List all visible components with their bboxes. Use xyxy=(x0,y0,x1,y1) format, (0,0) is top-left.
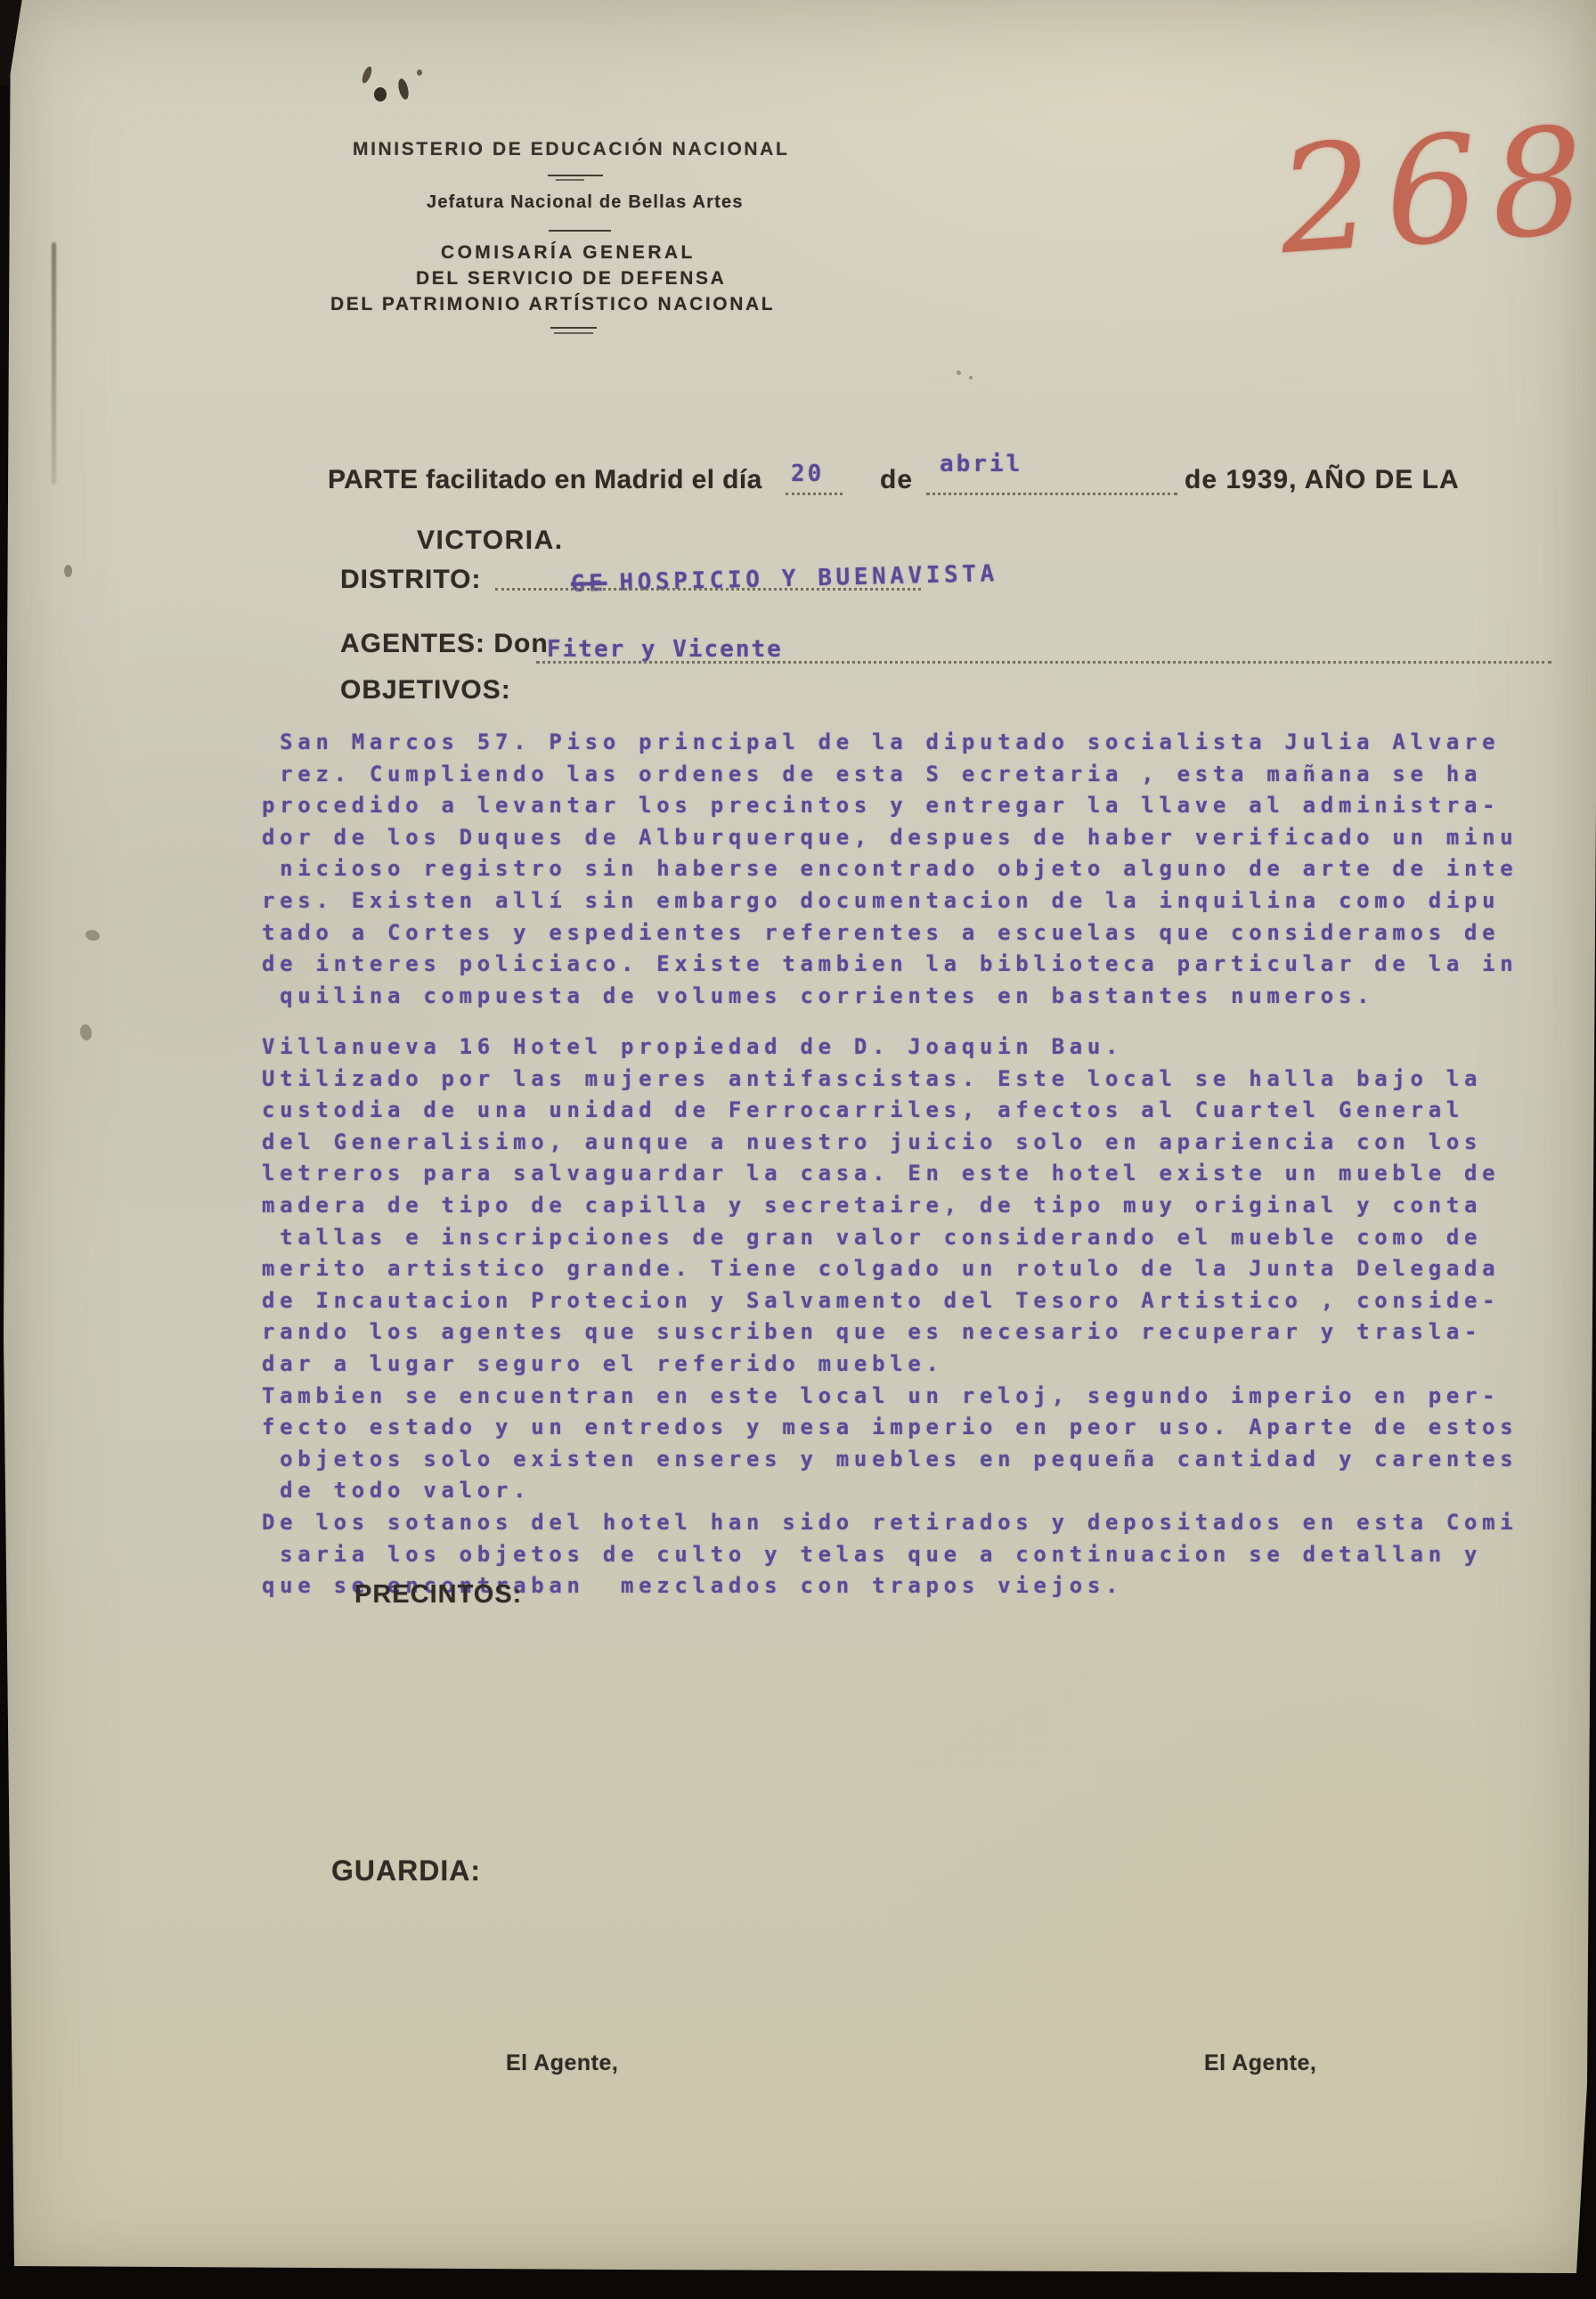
typed-line: res. Existen allí sin embargo documentac… xyxy=(262,885,1518,917)
de-label: de xyxy=(880,465,913,495)
typed-line: de interes policiaco. Existe tambien la … xyxy=(262,949,1518,981)
header-rule xyxy=(556,179,584,181)
comisaria-line1: COMISARÍA GENERAL xyxy=(441,242,696,264)
header-rule xyxy=(548,175,603,176)
typed-line: Utilizado por las mujeres antifascistas.… xyxy=(262,1064,1518,1096)
agentes-label: AGENTES: Don xyxy=(340,629,549,659)
document-page: 268 MINISTERIO DE EDUCACIÓN NACIONAL Jef… xyxy=(0,0,1596,2299)
distrito-label: DISTRITO: xyxy=(340,565,481,595)
typed-line: merito artistico grande. Tiene colgado u… xyxy=(262,1253,1518,1285)
stain-spot xyxy=(64,565,72,577)
typed-line: rez. Cumpliendo las ordenes de esta S ec… xyxy=(262,759,1518,791)
ministry-name: MINISTERIO DE EDUCACIÓN NACIONAL xyxy=(353,139,789,160)
header-rule xyxy=(554,332,593,334)
typed-line: procedido a levantar los precintos y ent… xyxy=(262,790,1518,822)
typed-line: Tambien se encuentran en este local un r… xyxy=(262,1381,1518,1413)
report-paragraph-san-marcos: San Marcos 57. Piso principal de la dipu… xyxy=(262,727,1518,1012)
typed-line: del Generalisimo, aunque a nuestro juici… xyxy=(262,1127,1518,1159)
distrito-field-value: GEHOSPICIO Y BUENAVISTA xyxy=(498,534,999,626)
typed-line: San Marcos 57. Piso principal de la dipu… xyxy=(262,727,1518,759)
typed-line: De los sotanos del hotel han sido retira… xyxy=(262,1507,1518,1539)
typed-line: letreros para salvaguardar la casa. En e… xyxy=(262,1158,1518,1190)
typed-line: tado a Cortes y espedientes referentes a… xyxy=(262,917,1518,950)
folio-number: 268 xyxy=(1274,94,1596,287)
typed-line: fecto estado y un entredos y mesa imperi… xyxy=(262,1412,1518,1444)
month-fill-line xyxy=(926,493,1177,495)
ink-speck xyxy=(417,69,422,76)
parte-suffix: de 1939, AÑO DE LA xyxy=(1185,465,1460,495)
typed-line: de Incautacion Protecion y Salvamento de… xyxy=(262,1285,1518,1317)
header-rule xyxy=(595,230,611,232)
paper-fleck xyxy=(969,376,973,379)
paper-crease xyxy=(52,242,56,485)
distrito-value-text: HOSPICIO Y BUENAVISTA xyxy=(619,560,998,596)
paper-fleck xyxy=(957,371,961,375)
distrito-fill-line xyxy=(495,588,921,591)
report-paragraph-villanueva: Villanueva 16 Hotel propiedad de D. Joaq… xyxy=(262,1031,1518,1602)
signature-right-label: El Agente, xyxy=(1204,2050,1316,2076)
signature-left-label: El Agente, xyxy=(506,2050,618,2076)
typed-line: rando los agentes que suscriben que es n… xyxy=(262,1317,1518,1349)
guardia-label: GUARDIA: xyxy=(331,1855,481,1887)
typed-line: objetos solo existen enseres y muebles e… xyxy=(262,1444,1518,1476)
month-field-value: abril xyxy=(940,451,1022,477)
distrito-struck-text: GE xyxy=(571,570,607,598)
comisaria-line3: DEL PATRIMONIO ARTÍSTICO NACIONAL xyxy=(330,294,775,315)
typed-line: dor de los Duques de Alburquerque, despu… xyxy=(262,822,1518,854)
typed-line: de todo valor. xyxy=(262,1475,1518,1507)
typed-line: madera de tipo de capilla y secretaire, … xyxy=(262,1190,1518,1222)
agentes-field-value: Fiter y Vicente xyxy=(547,636,783,663)
typed-line: custodia de una unidad de Ferrocarriles,… xyxy=(262,1095,1518,1127)
agentes-fill-line xyxy=(536,661,1551,664)
typed-line: dar a lugar seguro el referido mueble. xyxy=(262,1349,1518,1381)
jefatura-name: Jefatura Nacional de Bellas Artes xyxy=(427,192,744,213)
precintos-label: PRECINTOS: xyxy=(354,1580,522,1610)
parte-prefix: PARTE facilitado en Madrid el día xyxy=(328,465,762,495)
header-rule xyxy=(550,327,597,329)
header-rule xyxy=(549,230,600,232)
typed-line: quilina compuesta de volumes corrientes … xyxy=(262,981,1518,1013)
day-field-value: 20 xyxy=(791,461,824,487)
typed-line: saria los objetos de culto y telas que a… xyxy=(262,1539,1518,1571)
typed-line: nicioso registro sin haberse encontrado … xyxy=(262,853,1518,885)
typed-line: Villanueva 16 Hotel propiedad de D. Joaq… xyxy=(262,1031,1518,1064)
objetivos-label: OBJETIVOS: xyxy=(340,675,511,705)
typed-line: tallas e inscripciones de gran valor con… xyxy=(262,1222,1518,1254)
day-fill-line xyxy=(786,493,843,495)
comisaria-line2: DEL SERVICIO DE DEFENSA xyxy=(416,268,726,289)
ink-blot xyxy=(374,87,387,102)
